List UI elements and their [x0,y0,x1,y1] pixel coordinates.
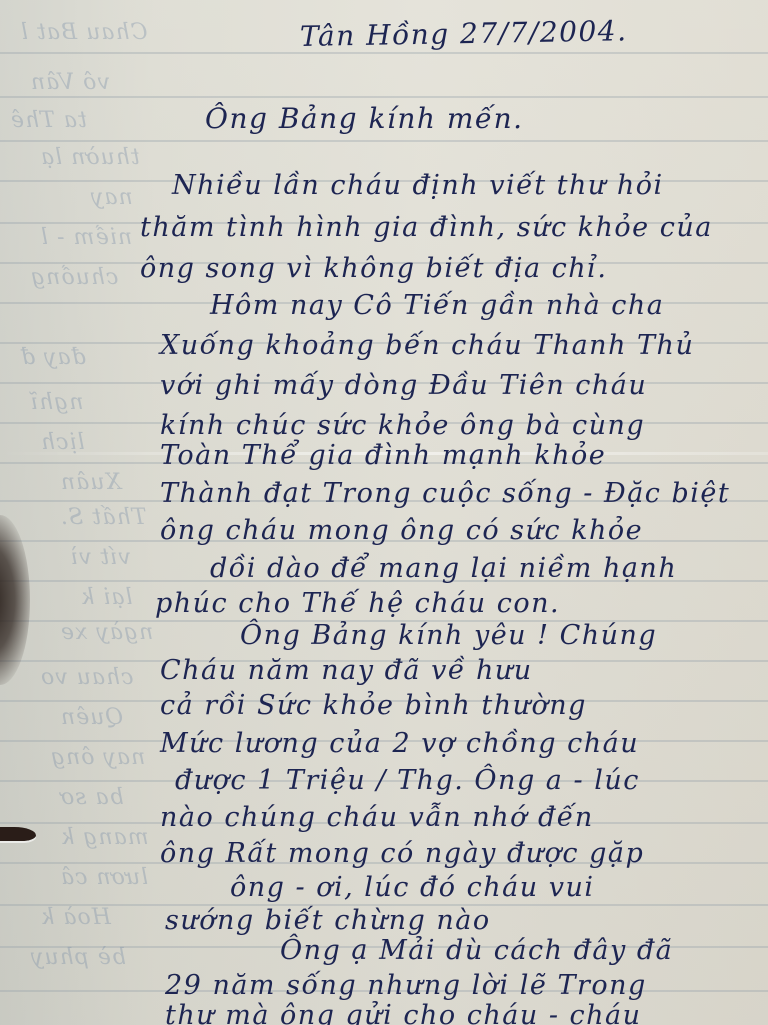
letter-line: kính chúc sức khỏe ông bà cùng [160,410,645,441]
bleed-through-text: Thất S. [60,505,146,530]
letter-line: Hôm nay Cô Tiến gần nhà cha [210,290,664,321]
bleed-through-text: ba sơ [60,785,124,810]
bleed-through-text: niềm - l [40,225,132,250]
letter-line: thăm tình hình gia đình, sức khỏe của [140,212,713,243]
bleed-through-text: lịch [40,430,85,455]
letter-line: Ông ạ Mải dù cách đây đã [280,935,673,966]
letter-line: thư mà ông gửi cho cháu - cháu [165,1000,642,1025]
letter-line: được 1 Triệu / Thg. Ông a - lúc [175,765,640,796]
letter-line: ông cháu mong ông có sức khỏe [160,515,643,546]
letter-line: ông - ơi, lúc đó cháu vui [230,872,594,903]
letter-line: ông song vì không biết địa chỉ. [140,253,607,284]
bleed-through-text: thuờn lạ [40,145,140,170]
letter-line: cả rồi Sức khỏe bình thường [160,690,587,721]
bleed-through-text: đay đ [20,345,86,370]
bleed-through-text: mang k [60,825,149,850]
letter-line: Nhiều lần cháu định viết thư hỏi [172,170,664,201]
bleed-through-text: chuồng [30,265,118,290]
bleed-through-text: nay ông [50,745,145,770]
bleed-through-text: vít vì [70,545,131,570]
bleed-through-text: ta Thê [10,108,87,133]
letter-salutation: Ông Bảng kính mến. [205,102,524,135]
letter-line: nào chúng cháu vẫn nhớ đến [160,802,594,833]
letter-line: sướng biết chừng nào [165,905,491,936]
letter-line: Thành đạt Trong cuộc sống - Đặc biệt [160,478,730,509]
letter-line: dồi dào để mang lại niềm hạnh [210,553,677,584]
bleed-through-text: chau vo [40,665,133,690]
bleed-through-text: Xuân [60,470,121,495]
letter-line: Mức lương của 2 vợ chồng cháu [160,728,639,759]
ruled-line [0,52,768,54]
letter-line: với ghi mấy dòng Đầu Tiên cháu [160,370,647,401]
bleed-through-text: Chau Bat l [20,20,147,45]
bleed-through-text: Hoà k [40,905,111,930]
bleed-through-text: bè phuy [30,945,126,970]
letter-line: ông Rất mong có ngày được gặp [160,838,644,869]
letter-line: phúc cho Thế hệ cháu con. [155,588,560,619]
bleed-through-text: lươn câ [60,865,148,890]
letter-line: Toàn Thể gia đình mạnh khỏe [160,440,606,471]
letter-line: Xuống khoảng bến cháu Thanh Thủ [160,330,694,361]
paper-tear-notch [0,827,36,841]
letter-place-date: Tân Hồng 27/7/2004. [300,14,628,53]
letter-line: Cháu năm nay đã về hưu [160,655,533,686]
letter-paper: Chau Bat l vô Vân ta Thê thuờn lạ nay ni… [0,0,768,1025]
bleed-through-text: ngày xe [60,620,153,645]
letter-line: 29 năm sống nhưng lời lẽ Trong [165,970,647,1001]
bleed-through-text: nghĩ [30,390,83,415]
ruled-line [0,140,768,142]
bleed-through-text: nay [90,185,133,210]
bleed-through-text: Quên [60,705,123,730]
bleed-through-text: vô Vân [30,70,110,95]
bleed-through-text: lại k [80,585,133,610]
letter-line: Ông Bảng kính yêu ! Chúng [240,620,657,651]
ruled-line [0,96,768,98]
